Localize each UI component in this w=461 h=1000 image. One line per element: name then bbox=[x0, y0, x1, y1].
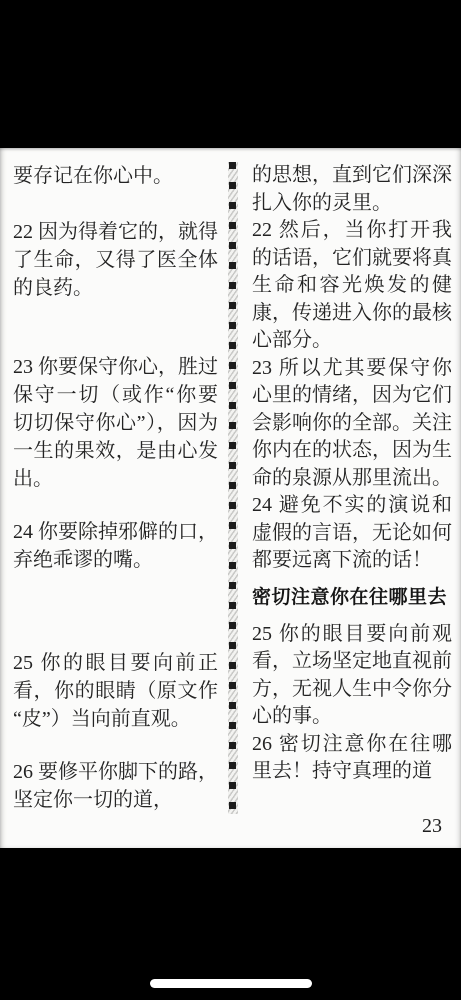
section-heading: 密切注意你在往哪里去 bbox=[252, 584, 452, 612]
verse-paragraph: 25 你的眼目要向前正看，你的眼睛（原文作“皮”）当向前直观。 bbox=[13, 649, 218, 733]
verse-paragraph: 26 要修平你脚下的路，坚定你一切的道， bbox=[13, 758, 218, 814]
verse-paragraph: 22 因为得着它的，就得了生命，又得了医全体的良药。 bbox=[13, 218, 218, 302]
book-page[interactable]: 要存记在你心中。 22 因为得着它的，就得了生命，又得了医全体的良药。 23 你… bbox=[0, 148, 461, 848]
verse-paragraph: 25 你的眼目要向前观看，立场坚定地直视前方，无视人生中令你分心的事。 bbox=[252, 621, 452, 731]
bottom-letterbox bbox=[0, 848, 461, 1000]
verse-paragraph: 24 你要除掉邪僻的口，弃绝乖谬的嘴。 bbox=[13, 518, 218, 574]
left-column: 要存记在你心中。 22 因为得着它的，就得了生命，又得了医全体的良药。 23 你… bbox=[13, 162, 218, 814]
device-screen: 要存记在你心中。 22 因为得着它的，就得了生命，又得了医全体的良药。 23 你… bbox=[0, 0, 461, 1000]
verse-paragraph: 24 避免不实的演说和虚假的言语，无论如何都要远离下流的话！ bbox=[252, 492, 452, 575]
top-letterbox bbox=[0, 0, 461, 148]
verse-paragraph: 26 密切注意你在往哪里去！持守真理的道 bbox=[252, 731, 452, 786]
home-indicator[interactable] bbox=[150, 979, 312, 988]
verse-paragraph: 23 你要保守你心，胜过保守一切（或作“你要切切保守你心”），因为一生的果效，是… bbox=[13, 353, 218, 493]
page-number: 23 bbox=[422, 815, 442, 837]
verse-paragraph: 的思想，直到它们深深扎入你的灵里。 bbox=[252, 162, 452, 217]
verse-paragraph: 要存记在你心中。 bbox=[13, 162, 218, 190]
column-divider bbox=[228, 162, 238, 814]
verse-paragraph: 23 所以尤其要保守你心里的情绪，因为它们会影响你的全部。关注你内在的状态，因为… bbox=[252, 355, 452, 493]
right-column: 的思想，直到它们深深扎入你的灵里。 22 然后，当你打开我的话语，它们就要将真生… bbox=[252, 162, 452, 786]
verse-paragraph: 22 然后，当你打开我的话语，它们就要将真生命和容光焕发的健康，传递进入你的最核… bbox=[252, 217, 452, 355]
